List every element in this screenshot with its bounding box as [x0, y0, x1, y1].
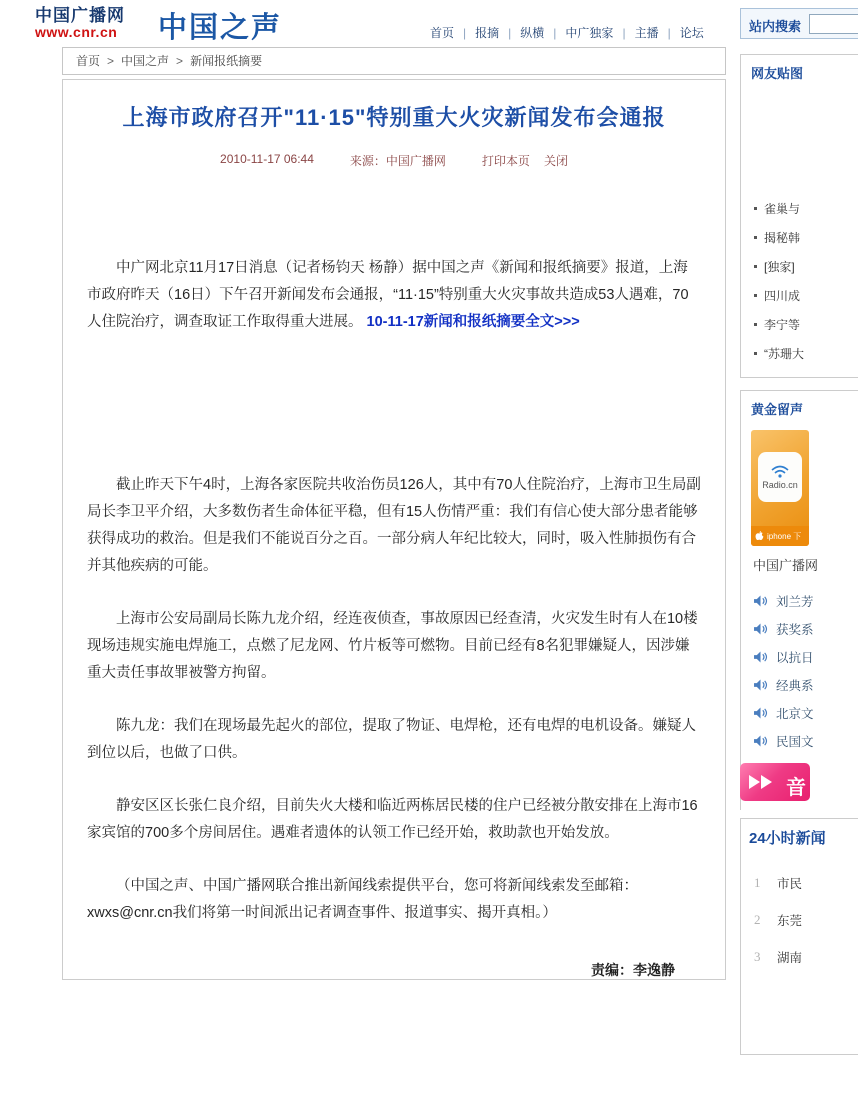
nav-home[interactable]: 首页 [430, 26, 454, 40]
headline-link[interactable]: [独家] [764, 258, 795, 275]
bullet-icon [754, 265, 757, 268]
speaker-icon [753, 595, 768, 607]
cnr-logo[interactable]: 中国广播网 www.cnr.cn [35, 7, 125, 40]
audio-link[interactable]: 获奖系 [776, 620, 814, 638]
golden-voice-title: 黄金留声 [741, 391, 858, 418]
headline-link[interactable]: 雀巢与 [764, 200, 800, 217]
article-date: 2010-11-17 06:44 [220, 152, 314, 169]
nav-divider: | [463, 26, 466, 40]
list-item: 民国文 [741, 727, 858, 755]
wifi-icon [771, 465, 789, 478]
speaker-icon [753, 651, 768, 663]
audio-link[interactable]: 以抗日 [776, 648, 814, 666]
list-item: 李宁等 [741, 310, 858, 339]
breadcrumb-channel[interactable]: 中国之声 [121, 54, 169, 68]
list-item: 经典系 [741, 671, 858, 699]
article-paragraph-lead: 中广网北京11月17日消息（记者杨钧天 杨静）据中国之声《新闻和报纸摘要》报道，… [87, 255, 701, 336]
speaker-icon [753, 735, 768, 747]
news-24h-list: 1市民 2东莞 3湖南 [741, 864, 858, 975]
radio-app-banner[interactable]: Radio.cn iphone 下 [751, 430, 809, 546]
nav-anchor[interactable]: 主播 [635, 26, 659, 40]
page: 中国广播网 www.cnr.cn 中国之声 首页|报摘|纵横|中广独家|主播|论… [0, 0, 858, 1115]
breadcrumb-home[interactable]: 首页 [76, 54, 100, 68]
nav-divider: | [553, 26, 556, 40]
nav-divider: | [508, 26, 511, 40]
bullet-icon [754, 207, 757, 210]
rank-number: 3 [754, 949, 764, 965]
article-paragraph: 静安区区长张仁良介绍，目前失火大楼和临近两栋居民楼的住户已经被分散安排在上海市1… [87, 793, 701, 847]
app-store-label: iphone 下 [767, 531, 801, 542]
article-paragraph: （中国之声、中国广播网联合推出新闻线索提供平台，您可将新闻线索发至邮箱：xwxs… [87, 873, 701, 927]
photo-placeholder [741, 82, 858, 194]
list-item: 以抗日 [741, 643, 858, 671]
golden-voice-box: 黄金留声 Radio.cn iphone 下 中国广播网 刘兰芳 获奖系 以抗 [740, 390, 858, 810]
headline-link[interactable]: 四川成 [764, 287, 800, 304]
nav-divider: | [622, 26, 625, 40]
app-store-band: iphone 下 [751, 526, 809, 546]
list-item: 获奖系 [741, 615, 858, 643]
fast-forward-icon [749, 775, 775, 789]
news-24h-box: 24小时新闻 1市民 2东莞 3湖南 [740, 818, 858, 1055]
rank-number: 1 [754, 875, 764, 891]
list-item: 北京文 [741, 699, 858, 727]
radio-app-tile: Radio.cn [758, 452, 802, 502]
nav-digest[interactable]: 报摘 [475, 26, 499, 40]
audio-link[interactable]: 北京文 [776, 704, 814, 722]
article-paragraph: 上海市公安局副局长陈九龙介绍，经连夜侦查，事故原因已经查清，火灾发生时有人在10… [87, 606, 701, 687]
headline-link[interactable]: “苏珊大 [764, 345, 804, 362]
table-row: 2东莞 [741, 901, 858, 938]
news-link[interactable]: 湖南 [777, 948, 802, 966]
close-page-link[interactable]: 关闭 [544, 152, 568, 169]
apple-icon [755, 531, 764, 541]
article-container: 上海市政府召开"11·15"特别重大火灾新闻发布会通报 2010-11-17 0… [62, 79, 726, 980]
audio-link[interactable]: 刘兰芳 [776, 592, 814, 610]
channel-brand: 中国之声 [158, 5, 282, 46]
banner-text: 音 [786, 771, 806, 800]
breadcrumb-separator: > [176, 54, 183, 68]
top-nav: 首页|报摘|纵横|中广独家|主播|论坛 [430, 24, 704, 41]
list-item: 刘兰芳 [741, 587, 858, 615]
list-item: 四川成 [741, 281, 858, 310]
fulltext-link[interactable]: 10-11-17新闻和报纸摘要全文>>> [367, 314, 580, 330]
list-item: [独家] [741, 252, 858, 281]
speaker-icon [753, 679, 768, 691]
print-page-link[interactable]: 打印本页 [482, 152, 530, 169]
news-link[interactable]: 市民 [777, 874, 802, 892]
radio-app-name: Radio.cn [762, 480, 798, 490]
list-item: 揭秘韩 [741, 223, 858, 252]
audio-promo-banner[interactable]: 音 [740, 763, 810, 801]
rank-number: 2 [754, 912, 764, 928]
headline-link[interactable]: 李宁等 [764, 316, 800, 333]
news-24h-title: 24小时新闻 [741, 819, 858, 848]
list-item: “苏珊大 [741, 339, 858, 368]
site-search-box: 站内搜索 [740, 8, 858, 39]
audio-list: 刘兰芳 获奖系 以抗日 经典系 北京文 民国文 [741, 587, 858, 755]
radio-app-caption: 中国广播网 [753, 555, 817, 574]
nav-exclusive[interactable]: 中广独家 [565, 26, 613, 40]
breadcrumb-separator: > [107, 54, 114, 68]
page-title: 上海市政府召开"11·15"特别重大火灾新闻发布会通报 [63, 101, 725, 132]
audio-link[interactable]: 经典系 [776, 676, 814, 694]
breadcrumb: 首页>中国之声>新闻报纸摘要 [62, 47, 726, 75]
article-paragraph: 陈九龙：我们在现场最先起火的部位，提取了物证、电焊枪，还有电焊的电机设备。嫌疑人… [87, 713, 701, 767]
logo-title: 中国广播网 [35, 7, 125, 25]
table-row: 3湖南 [741, 938, 858, 975]
article-body: 中广网北京11月17日消息（记者杨钧天 杨静）据中国之声《新闻和报纸摘要》报道，… [63, 255, 725, 980]
editor-byline: 责编：李逸静 [87, 957, 701, 980]
speaker-icon [753, 707, 768, 719]
list-item: 雀巢与 [741, 194, 858, 223]
news-link[interactable]: 东莞 [777, 911, 802, 929]
article-source: 来源：中国广播网 [350, 152, 446, 169]
logo-url: www.cnr.cn [35, 25, 125, 40]
audio-link[interactable]: 民国文 [776, 732, 814, 750]
netizen-photos-box: 网友贴图 雀巢与 揭秘韩 [独家] 四川成 李宁等 “苏珊大 [740, 54, 858, 378]
bullet-icon [754, 236, 757, 239]
article-paragraph: 截止昨天下午4时，上海各家医院共收治伤员126人，其中有70人住院治疗，上海市卫… [87, 472, 701, 580]
article-meta: 2010-11-17 06:44 来源：中国广播网 打印本页 关闭 [63, 152, 725, 169]
table-row: 1市民 [741, 864, 858, 901]
speaker-icon [753, 623, 768, 635]
bullet-icon [754, 294, 757, 297]
bullet-icon [754, 323, 757, 326]
netizen-photos-title: 网友贴图 [741, 55, 858, 82]
breadcrumb-current: 新闻报纸摘要 [190, 54, 262, 68]
search-input[interactable] [809, 14, 858, 34]
media-placeholder [87, 336, 701, 446]
headline-link[interactable]: 揭秘韩 [764, 229, 800, 246]
bullet-icon [754, 352, 757, 355]
nav-forum[interactable]: 论坛 [680, 26, 704, 40]
nav-divider: | [668, 26, 671, 40]
nav-zongheng[interactable]: 纵横 [520, 26, 544, 40]
